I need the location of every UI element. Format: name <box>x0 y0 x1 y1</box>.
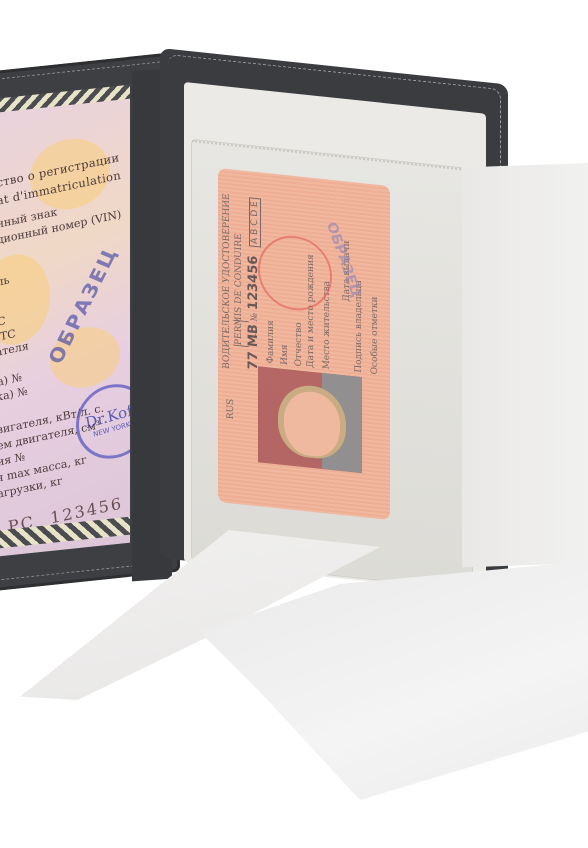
license-field: Особые отметки <box>370 296 380 375</box>
registration-certificate: ьство о регистрации cat d'immatriculatio… <box>0 93 130 558</box>
license-field: Имя <box>280 344 290 366</box>
license-photo <box>258 366 362 473</box>
plastic-sleeve-right <box>462 163 588 568</box>
license-title-ru: ВОДИТЕЛЬСКОЕ УДОСТОВЕРЕНИЕ <box>222 193 232 370</box>
registration-field: № <box>0 360 1 375</box>
registration-field: ска) № <box>0 385 28 406</box>
stamp-icon: Dr.Kof NEW YORK <box>76 381 130 463</box>
drivers-license: ВОДИТЕЛЬСКОЕ УДОСТОВЕРЕНИЕ PERMIS DE CON… <box>218 168 390 520</box>
license-field: Отчество <box>294 322 304 367</box>
license-stamp-icon <box>258 232 332 314</box>
license-field: Фамилия <box>266 320 276 364</box>
country-code: RUS <box>226 398 236 420</box>
